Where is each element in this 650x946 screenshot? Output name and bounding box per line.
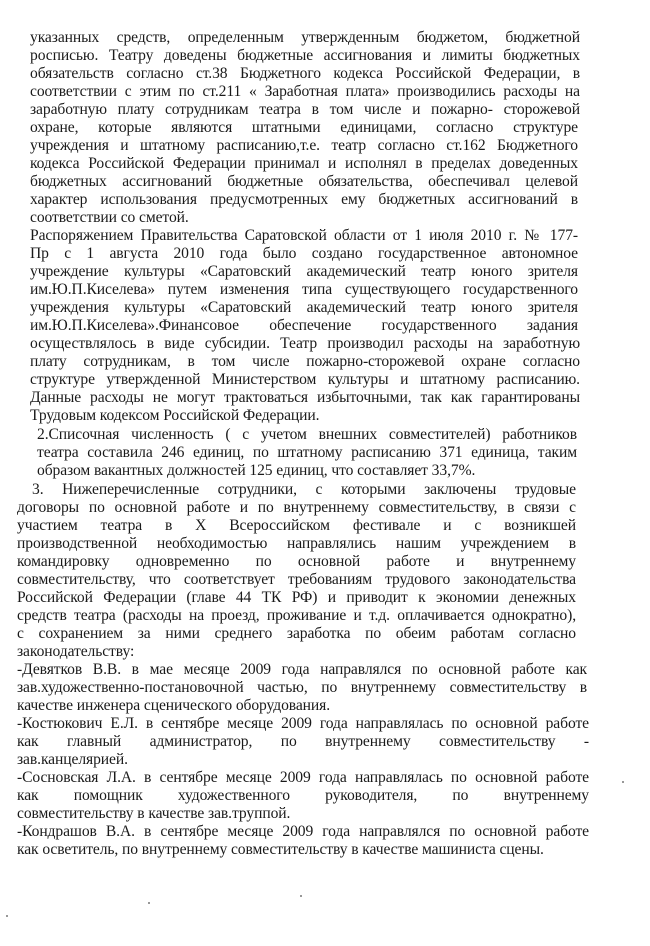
document-text-line: совместительству в качестве зав.труппой.	[17, 804, 290, 824]
document-text-line: качестве инженера сценического оборудова…	[17, 696, 330, 716]
scan-speck	[148, 902, 150, 904]
document-text-line: зав.канцелярией.	[17, 750, 128, 770]
scanned-document-page: указанных средств, определенным утвержде…	[0, 0, 650, 946]
document-text-line: как осветитель, по внутреннему совместит…	[17, 840, 544, 860]
document-text-line: образом вакантных должностей 125 единиц,…	[37, 461, 475, 481]
scan-speck	[6, 915, 8, 917]
scan-speck	[300, 895, 302, 897]
document-text-line: законодательству:	[17, 642, 134, 662]
document-text-line: Трудовым кодексом Российской Федерации.	[30, 406, 319, 426]
document-text-line: соответствии со сметой.	[30, 208, 189, 228]
scan-speck	[622, 781, 624, 783]
